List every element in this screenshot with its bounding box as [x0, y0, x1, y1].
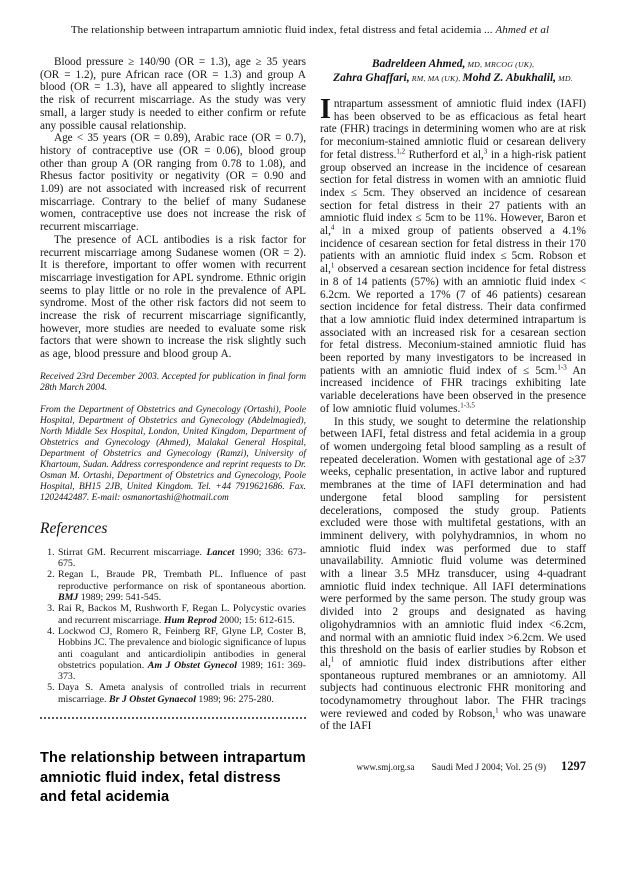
running-head: The relationship between intrapartum amn… [0, 24, 620, 36]
reference-item: Stirrat GM. Recurrent miscarriage. Lance… [57, 547, 306, 570]
two-column-layout: Blood pressure ≥ 140/90 (OR = 1.3), age … [40, 56, 586, 808]
references-heading: References [40, 520, 306, 538]
intro-paragraph-text: ntrapartum assessment of amniotic fluid … [320, 98, 586, 415]
study-paragraph: In this study, we sought to determine th… [320, 416, 586, 734]
abstract-paragraph: The presence of ACL antibodies is a risk… [40, 234, 306, 361]
right-column: Badreldeen Ahmed, MD, MRCOG (UK),Zahra G… [320, 56, 586, 808]
running-head-authors: ... Ahmed et al [481, 24, 549, 36]
reference-item: Lockwod CJ, Romero R, Feinberg RF, Glyne… [57, 626, 306, 682]
authors-line: Badreldeen Ahmed, MD, MRCOG (UK),Zahra G… [320, 58, 586, 85]
reference-item: Rai R, Backos M, Rushworth F, Regan L. P… [57, 603, 306, 626]
reference-item: Daya S. Ameta analysis of controlled tri… [57, 682, 306, 705]
abstract-paragraph: Age < 35 years (OR = 0.89), Arabic race … [40, 132, 306, 234]
abstract-paragraph: Blood pressure ≥ 140/90 (OR = 1.3), age … [40, 56, 306, 132]
footer-page-number: 1297 [561, 759, 586, 773]
left-column: Blood pressure ≥ 140/90 (OR = 1.3), age … [40, 56, 306, 808]
footer-site-url: www.smj.org.sa [357, 762, 415, 772]
reference-item: Regan L, Braude PR, Trembath PL. Influen… [57, 569, 306, 603]
journal-page: The relationship between intrapartum amn… [0, 0, 620, 877]
running-head-title: The relationship between intrapartum amn… [71, 24, 482, 36]
intro-paragraph: Intrapartum assessment of amniotic fluid… [320, 98, 586, 416]
footer-journal-info: Saudi Med J 2004; Vol. 25 (9) [432, 763, 546, 773]
references-list: Stirrat GM. Recurrent miscarriage. Lance… [40, 547, 306, 705]
page-footer: www.smj.org.sa Saudi Med J 2004; Vol. 25… [40, 757, 586, 775]
affiliation-note: From the Department of Obstetrics and Gy… [40, 405, 306, 504]
received-note: Received 23rd December 2003. Accepted fo… [40, 372, 306, 394]
drop-cap: I [320, 98, 334, 122]
dotted-divider [40, 717, 306, 719]
